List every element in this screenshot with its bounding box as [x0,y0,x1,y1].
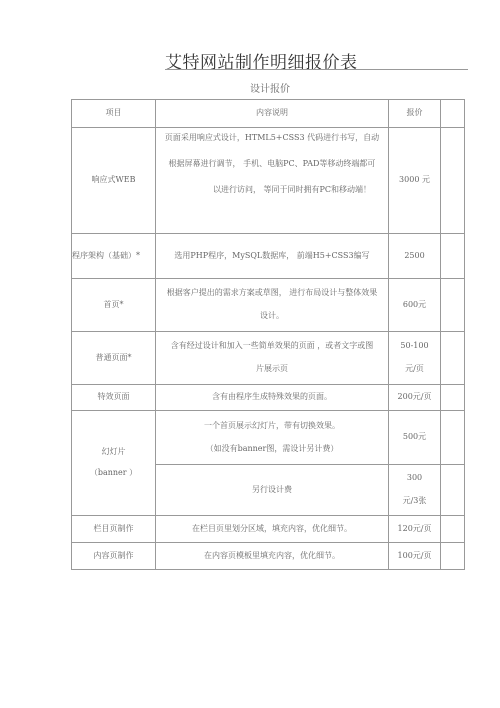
price-cell: 200元/页 [389,385,441,411]
item-cell: 内容页制作 [72,543,156,570]
price-value: 600元 [403,300,426,309]
description-line: 根据客户提出的需求方案或草图， 进行布局设计与整体效果 [156,289,388,298]
description-cell: 含有由程序生成特殊效果的页面。 [156,385,389,411]
empty-cell [441,411,465,465]
price-cell: 300 元/3张 [389,465,441,516]
item-cell: 程序架构（基础）* [72,234,156,279]
item-label: 程序架构（基础）* [72,251,140,260]
price-cell: 50-100 元/页 [389,332,441,385]
item-label: 首页* [104,300,124,309]
item-cell: 响应式WEB [72,128,156,234]
description-cell: 另行设计费 [156,465,389,516]
price-unit: 元/3张 [389,497,440,506]
description-line: 含有由程序生成特殊效果的页面。 [156,393,388,402]
description-line: 设计。 [156,312,388,321]
item-label: 响应式WEB [92,175,136,184]
header-description: 内容说明 [156,100,389,128]
description-line: 页面采用响应式设计，HTML5+CSS3 代码进行书写，自动 [156,134,388,143]
price-value: 50-100 [389,342,440,351]
price-value: 200元/页 [398,392,432,401]
item-cell: 普通页面* [72,332,156,385]
description-cell: 一个首页展示幻灯片，带有切换效果。 （如没有banner图，需设计另计费） [156,411,389,465]
table-row: 幻灯片 （banner ） 一个首页展示幻灯片，带有切换效果。 （如没有bann… [72,411,465,465]
price-cell: 3000 元 [389,128,441,234]
price-value: 3000 元 [399,175,430,184]
description-cell: 在内容页模板里填充内容，优化细节。 [156,543,389,570]
item-label: 普通页面* [96,353,132,362]
item-label: 栏目页制作 [94,524,134,533]
price-cell: 600元 [389,279,441,332]
table-row: 首页* 根据客户提出的需求方案或草图， 进行布局设计与整体效果 设计。 600元 [72,279,465,332]
empty-cell [441,385,465,411]
table-row: 响应式WEB 页面采用响应式设计，HTML5+CSS3 代码进行书写，自动 根据… [72,128,465,234]
empty-cell [441,279,465,332]
section-subtitle: 设计报价 [0,80,500,95]
price-cell: 100元/页 [389,543,441,570]
description-line: 根据屏幕进行调节， 手机、电脑PC、PAD等移动终端都可 [156,160,388,169]
quote-table: 项目 内容说明 报价 响应式WEB 页面采用响应式设计，HTML5+CSS3 代… [71,99,465,570]
table-row: 特效页面 含有由程序生成特殊效果的页面。 200元/页 [72,385,465,411]
header-price: 报价 [389,100,441,128]
table-header-row: 项目 内容说明 报价 [72,100,465,128]
price-cell: 2500 [389,234,441,279]
empty-cell [441,543,465,570]
header-item: 项目 [72,100,156,128]
item-label: 内容页制作 [94,551,134,560]
description-line: 以进行访问， 等同于同时拥有PC和移动端！ [156,186,388,195]
empty-cell [441,128,465,234]
item-cell: 特效页面 [72,385,156,411]
description-line: （如没有banner图，需设计另计费） [156,445,388,454]
description-line: 含有经过设计和加入一些简单效果的页面 ，或者文字或图 [156,342,388,351]
empty-cell [441,465,465,516]
item-label: （banner ） [72,469,155,478]
empty-cell [441,332,465,385]
description-line: 片展示页 [156,365,388,374]
empty-cell [441,516,465,543]
title-underline [165,69,468,70]
item-cell: 幻灯片 （banner ） [72,411,156,516]
description-cell: 页面采用响应式设计，HTML5+CSS3 代码进行书写，自动 根据屏幕进行调节，… [156,128,389,234]
price-unit: 元/页 [389,365,440,374]
description-cell: 根据客户提出的需求方案或草图， 进行布局设计与整体效果 设计。 [156,279,389,332]
description-line: 另行设计费 [156,486,388,495]
description-cell: 选用PHP程序，MySQL数据库， 前端H5+CSS3编写 [156,234,389,279]
description-cell: 在栏目页里划分区域，填充内容，优化细节。 [156,516,389,543]
description-line: 在内容页模板里填充内容，优化细节。 [156,552,388,561]
empty-cell [441,234,465,279]
price-value: 100元/页 [398,551,432,560]
description-line: 选用PHP程序，MySQL数据库， 前端H5+CSS3编写 [156,252,388,261]
description-line: 一个首页展示幻灯片，带有切换效果。 [156,422,388,431]
description-line: 在栏目页里划分区域，填充内容，优化细节。 [156,525,388,534]
price-value: 120元/页 [398,524,432,533]
price-cell: 120元/页 [389,516,441,543]
price-cell: 500元 [389,411,441,465]
table-row: 栏目页制作 在栏目页里划分区域，填充内容，优化细节。 120元/页 [72,516,465,543]
price-value: 300 [389,474,440,483]
price-value: 2500 [404,251,424,260]
item-cell: 首页* [72,279,156,332]
table-row: 普通页面* 含有经过设计和加入一些简单效果的页面 ，或者文字或图 片展示页 50… [72,332,465,385]
item-label: 特效页面 [98,392,130,401]
item-label: 幻灯片 [72,448,155,457]
item-cell: 栏目页制作 [72,516,156,543]
price-value: 500元 [403,432,426,441]
table-row: 内容页制作 在内容页模板里填充内容，优化细节。 100元/页 [72,543,465,570]
empty-cell [441,100,465,128]
description-cell: 含有经过设计和加入一些简单效果的页面 ，或者文字或图 片展示页 [156,332,389,385]
table-row: 程序架构（基础）* 选用PHP程序，MySQL数据库， 前端H5+CSS3编写 … [72,234,465,279]
